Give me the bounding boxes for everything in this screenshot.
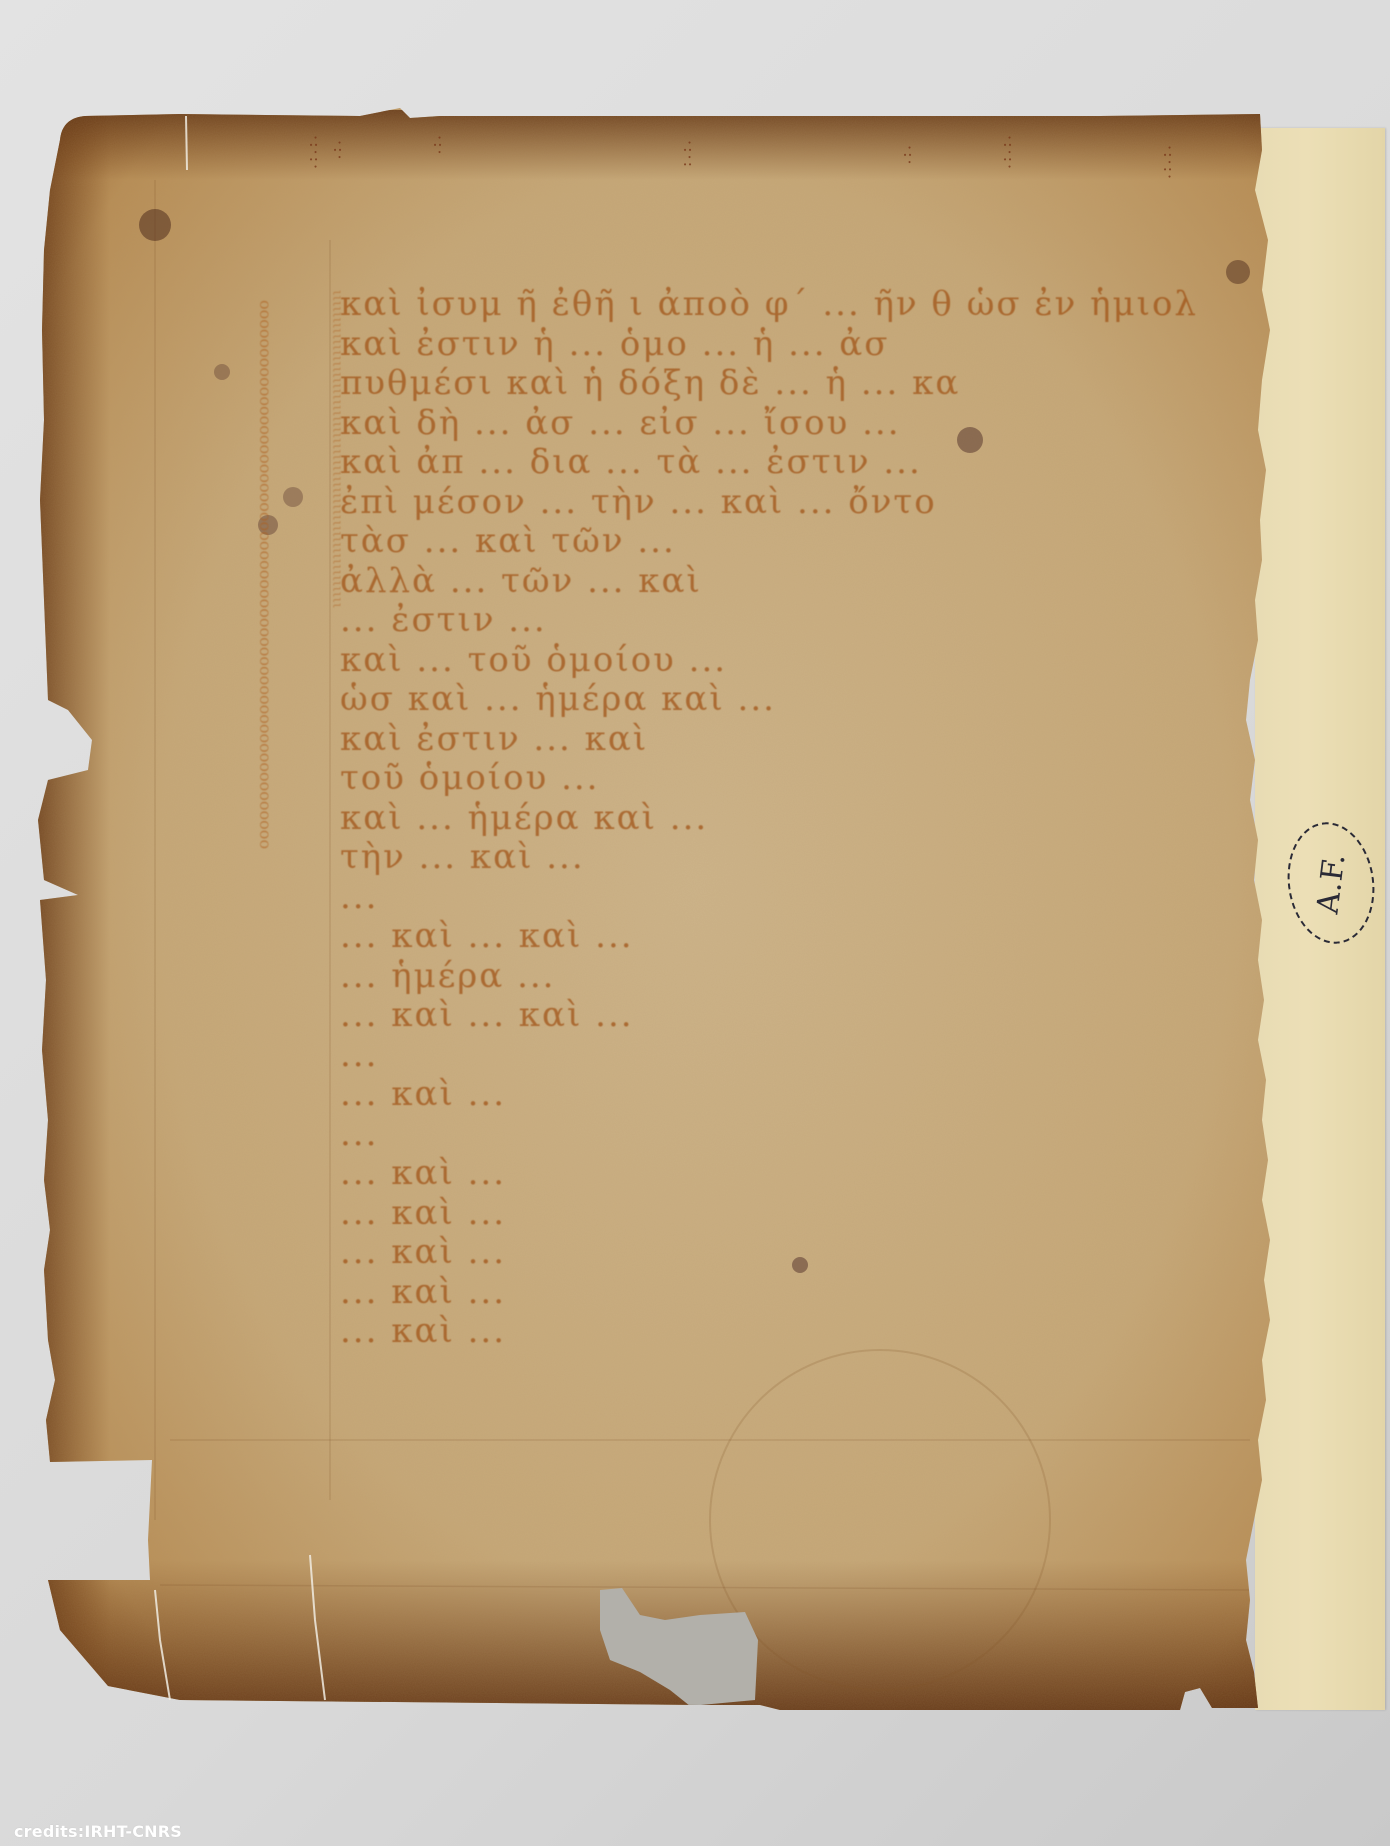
text-line: ἀλλὰ ... τῶν ... καὶ: [340, 562, 1270, 602]
text-line: ...: [340, 1115, 1270, 1155]
text-line: ...: [340, 878, 1270, 918]
text-line: ... ἐστιν ...: [340, 601, 1270, 641]
text-line: ... καὶ ... καὶ ...: [340, 996, 1270, 1036]
top-marginalia: ·:·:· ·:· ·:· ·:·: ·:· ·:·:· ·:·:·: [300, 135, 1200, 245]
image-credit: credits:IRHT-CNRS: [14, 1822, 182, 1841]
text-line: ὡσ καὶ ... ἡμέρα καὶ ...: [340, 680, 1270, 720]
text-line: τὴν ... καὶ ...: [340, 838, 1270, 878]
text-line: καὶ ἐστιν ἡ ... ὁμο ... ἡ ... ἀσ: [340, 325, 1270, 365]
text-line: ... καὶ ...: [340, 1194, 1270, 1234]
text-line: καὶ ἐστιν ... καὶ: [340, 720, 1270, 760]
manuscript-photo: ·:·:· ·:· ·:· ·:·: ·:· ·:·:· ·:·:· οοοοο…: [0, 0, 1390, 1846]
text-line: ... ἡμέρα ...: [340, 957, 1270, 997]
text-line: ... καὶ ...: [340, 1154, 1270, 1194]
text-line: ... καὶ ...: [340, 1312, 1270, 1352]
text-line: καὶ ἰσυμ η̃ ἐθη̃ ι ἀποὸ φ΄ ... η̃ν θ ὡσ …: [340, 285, 1270, 325]
text-line: ... καὶ ...: [340, 1075, 1270, 1115]
margin-notes-left: οοοοοοοοοοοοοοοοοοοοοοοοοοοοοοοοοοοοοοοο…: [235, 300, 275, 1460]
stamp-text: A.F.: [1310, 851, 1352, 916]
text-line: πυθμέσι καὶ ἡ δόξη δὲ ... ἡ ... κα: [340, 364, 1270, 404]
text-line: ... καὶ ...: [340, 1233, 1270, 1273]
text-line: καὶ ... τοῦ ὁμοίου ...: [340, 641, 1270, 681]
text-line: ...: [340, 1036, 1270, 1076]
text-line: τὰσ ... καὶ τῶν ...: [340, 522, 1270, 562]
text-line: καὶ ἀπ ... δια ... τὰ ... ἐστιν ...: [340, 443, 1270, 483]
text-line: ... καὶ ...: [340, 1273, 1270, 1313]
text-line: καὶ δὴ ... ἀσ ... εἰσ ... ἴσου ...: [340, 404, 1270, 444]
text-line: καὶ ... ἡμέρα καὶ ...: [340, 799, 1270, 839]
text-line: τοῦ ὁμοίου ...: [340, 759, 1270, 799]
manuscript-text-block: καὶ ἰσυμ η̃ ἐθη̃ ι ἀποὸ φ΄ ... η̃ν θ ὡσ …: [340, 285, 1270, 1352]
text-line: ... καὶ ... καὶ ...: [340, 917, 1270, 957]
text-line: ἐπὶ μέσον ... τὴν ... καὶ ... ὄντο: [340, 483, 1270, 523]
